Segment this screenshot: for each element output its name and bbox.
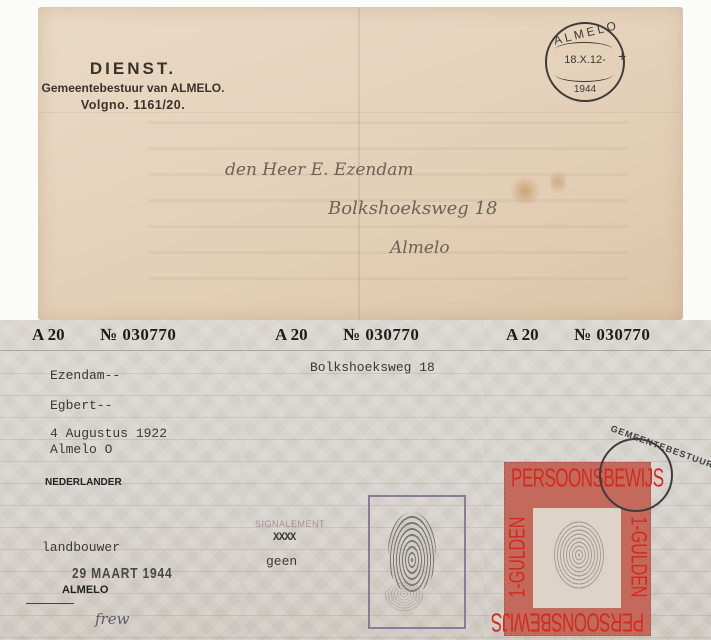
card-number: № 030770	[574, 325, 650, 345]
id-card-page-1: A 20 № 030770 Ezendam-- Egbert-- 4 Augus…	[0, 320, 246, 640]
signature: frew	[95, 610, 129, 628]
header-dienst: DIENST.	[38, 58, 228, 80]
signalement-field-2: geen	[266, 554, 297, 569]
card-series: A 20	[32, 325, 65, 345]
signalement-field-1: XXXX	[273, 532, 295, 544]
fee-stamp-right-text: 1-GULDEN	[624, 497, 649, 617]
fingerprint	[553, 520, 605, 590]
stain	[508, 177, 542, 205]
municipal-stamp: GEMEENTEBESTUUR VAN	[599, 438, 673, 512]
official-header: DIENST. Gemeentebestuur van ALMELO. Volg…	[38, 58, 228, 114]
signature-line	[26, 603, 74, 604]
fee-stamp-bottom-text: PERSOONSBEWIJS	[511, 606, 644, 636]
card-number: № 030770	[100, 325, 176, 345]
postmark-year: 1944	[553, 84, 617, 95]
signalement-label: SIGNALEMENT	[255, 519, 325, 529]
surname: Ezendam--	[50, 368, 120, 383]
card-number: № 030770	[343, 325, 419, 345]
fee-stamp-window	[533, 508, 621, 608]
nationality: NEDERLANDER	[45, 477, 122, 488]
header-volgno: Volgno. 1161/20.	[38, 97, 228, 114]
stain	[550, 167, 566, 197]
card-series: A 20	[275, 325, 308, 345]
postmark-cross-icon: +	[618, 48, 626, 64]
id-card-page-3: A 20 № 030770 PERSOONSBEWIJS 1-GULDEN 1-…	[484, 320, 711, 640]
address-line-2: Bolkshoeksweg 18	[328, 198, 497, 219]
issue-date-stamp: 29 MAART 1944	[72, 565, 172, 582]
address: Bolkshoeksweg 18	[310, 360, 435, 375]
postmark-date: 18.X.12-	[553, 54, 617, 66]
occupation: landbouwer	[42, 540, 120, 555]
issue-place: ALMELO	[62, 584, 108, 596]
fingerprint-smudge	[384, 582, 424, 612]
address-line-3: Almelo	[390, 238, 450, 258]
card-series: A 20	[506, 325, 539, 345]
card-header: A 20 № 030770	[0, 320, 243, 351]
postmark: ALMELO 18.X.12- 1944	[545, 22, 625, 102]
id-card-page-2: A 20 № 030770 Bolkshoeksweg 18 SIGNALEME…	[243, 320, 487, 640]
header-municipality: Gemeentebestuur van ALMELO.	[38, 80, 228, 97]
fee-stamp-left-text: 1-GULDEN	[506, 497, 531, 617]
given-name: Egbert--	[50, 398, 112, 413]
birth-place: Almelo O	[50, 442, 112, 457]
card-header: A 20 № 030770	[484, 320, 711, 351]
birth-date: 4 Augustus 1922	[50, 426, 167, 441]
address-line-1: den Heer E. Ezendam	[225, 160, 414, 180]
fingerprint	[388, 512, 436, 592]
fingerprint-box	[368, 495, 466, 629]
card-header: A 20 № 030770	[243, 320, 484, 351]
